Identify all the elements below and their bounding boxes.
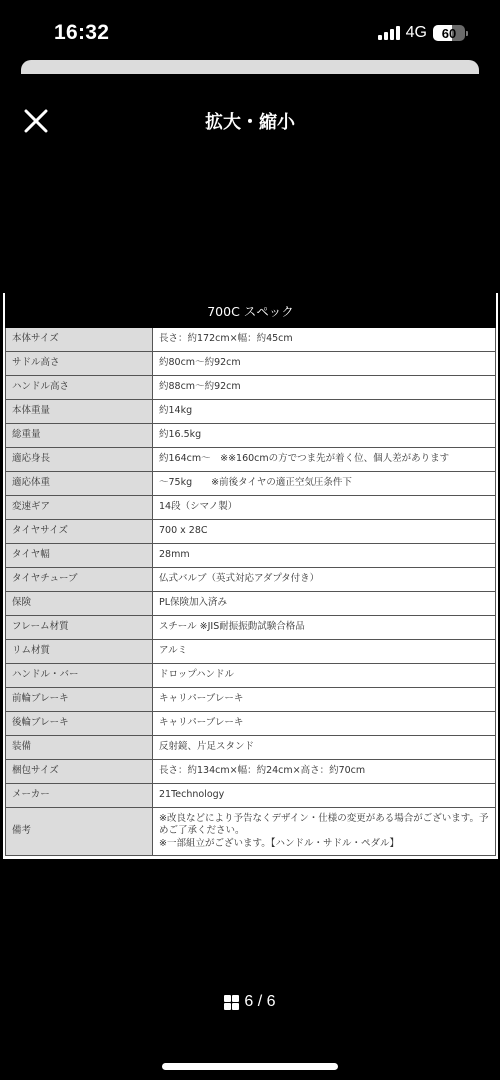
table-row: 前輪ブレーキキャリパーブレーキ <box>6 688 496 712</box>
table-row-remarks: 備考 ※改良などにより予告なくデザイン・仕様の変更がある場合がございます。予めご… <box>6 808 496 856</box>
row-value: 〜75kg ※前後タイヤの適正空気圧条件下 <box>153 472 496 496</box>
row-value: 反射鏡、片足スタンド <box>153 736 496 760</box>
row-label: リム材質 <box>6 640 153 664</box>
row-value: 21Technology <box>153 784 496 808</box>
row-label: タイヤチューブ <box>6 568 153 592</box>
table-row: メーカー21Technology <box>6 784 496 808</box>
row-value: 仏式バルブ（英式対応アダプタ付き） <box>153 568 496 592</box>
page-indicator[interactable]: 6 / 6 <box>0 993 500 1011</box>
row-value: ドロップハンドル <box>153 664 496 688</box>
network-type: 4G <box>406 24 427 42</box>
page-title: 拡大・縮小 <box>0 108 500 134</box>
battery-level: 60 <box>442 26 456 41</box>
table-row: 保険PL保険加入済み <box>6 592 496 616</box>
table-row: 適応体重〜75kg ※前後タイヤの適正空気圧条件下 <box>6 472 496 496</box>
row-label: 適応身長 <box>6 448 153 472</box>
table-row: 総重量約16.5kg <box>6 424 496 448</box>
nav-bar: 拡大・縮小 <box>0 95 500 145</box>
row-label: 保険 <box>6 592 153 616</box>
page-counter: 6 / 6 <box>244 993 275 1011</box>
row-value: アルミ <box>153 640 496 664</box>
row-value: 700 x 28C <box>153 520 496 544</box>
row-label: サドル高さ <box>6 352 153 376</box>
row-label: 後輪ブレーキ <box>6 712 153 736</box>
table-row: 装備反射鏡、片足スタンド <box>6 736 496 760</box>
table-row: ハンドル・バードロップハンドル <box>6 664 496 688</box>
row-value: スチール ※JIS耐振振動試験合格品 <box>153 616 496 640</box>
row-value: 約80cm〜約92cm <box>153 352 496 376</box>
row-label: 総重量 <box>6 424 153 448</box>
row-label: 前輪ブレーキ <box>6 688 153 712</box>
table-row: 梱包サイズ長さ：約134cm×幅：約24cm×高さ：約70cm <box>6 760 496 784</box>
row-value: キャリパーブレーキ <box>153 712 496 736</box>
row-value: ※改良などにより予告なくデザイン・仕様の変更がある場合がございます。予めご了承く… <box>153 808 496 856</box>
spec-table-title: 700C スペック <box>6 294 496 328</box>
row-value: 約16.5kg <box>153 424 496 448</box>
row-label: 装備 <box>6 736 153 760</box>
row-value: 約164cm〜 ※※160cmの方でつま先が着く位、個人差があります <box>153 448 496 472</box>
table-row: リム材質アルミ <box>6 640 496 664</box>
table-row: ハンドル高さ約88cm〜約92cm <box>6 376 496 400</box>
row-label: 本体重量 <box>6 400 153 424</box>
signal-bars-icon <box>378 26 400 40</box>
table-row: タイヤチューブ仏式バルブ（英式対応アダプタ付き） <box>6 568 496 592</box>
row-label: タイヤ幅 <box>6 544 153 568</box>
row-label: 備考 <box>6 808 153 856</box>
row-value: 長さ：約172cm×幅：約45cm <box>153 328 496 352</box>
table-row: フレーム材質スチール ※JIS耐振振動試験合格品 <box>6 616 496 640</box>
table-row: 本体重量約14kg <box>6 400 496 424</box>
row-label: 適応体重 <box>6 472 153 496</box>
row-label: 本体サイズ <box>6 328 153 352</box>
status-indicators: 4G 60 <box>378 24 468 42</box>
table-row: 変速ギア14段（シマノ製） <box>6 496 496 520</box>
row-value: 約88cm〜約92cm <box>153 376 496 400</box>
row-value: 約14kg <box>153 400 496 424</box>
home-indicator[interactable] <box>162 1063 338 1070</box>
sheet-background-card <box>21 60 479 74</box>
table-row: サドル高さ約80cm〜約92cm <box>6 352 496 376</box>
row-label: フレーム材質 <box>6 616 153 640</box>
row-value: 28mm <box>153 544 496 568</box>
row-value: PL保険加入済み <box>153 592 496 616</box>
table-row: タイヤ幅28mm <box>6 544 496 568</box>
table-row: 本体サイズ長さ：約172cm×幅：約45cm <box>6 328 496 352</box>
table-row: タイヤサイズ700 x 28C <box>6 520 496 544</box>
spec-table: 700C スペック 本体サイズ長さ：約172cm×幅：約45cm サドル高さ約8… <box>5 293 496 856</box>
row-value: 長さ：約134cm×幅：約24cm×高さ：約70cm <box>153 760 496 784</box>
row-value: キャリパーブレーキ <box>153 688 496 712</box>
row-label: メーカー <box>6 784 153 808</box>
row-label: タイヤサイズ <box>6 520 153 544</box>
status-bar: 16:32 4G 60 <box>0 0 500 60</box>
remarks-line-1: ※改良などにより予告なくデザイン・仕様の変更がある場合がございます。予めご了承く… <box>159 813 489 838</box>
row-value: 14段（シマノ製） <box>153 496 496 520</box>
row-label: 変速ギア <box>6 496 153 520</box>
table-row: 後輪ブレーキキャリパーブレーキ <box>6 712 496 736</box>
row-label: ハンドル高さ <box>6 376 153 400</box>
remarks-line-2: ※一部組立がございます。【ハンドル・サドル・ペダル】 <box>159 838 489 850</box>
spec-image[interactable]: 700C スペック 本体サイズ長さ：約172cm×幅：約45cm サドル高さ約8… <box>3 293 498 859</box>
status-time: 16:32 <box>54 21 109 45</box>
row-label: ハンドル・バー <box>6 664 153 688</box>
battery-icon: 60 <box>433 25 468 41</box>
table-row: 適応身長約164cm〜 ※※160cmの方でつま先が着く位、個人差があります <box>6 448 496 472</box>
row-label: 梱包サイズ <box>6 760 153 784</box>
grid-icon <box>224 995 239 1010</box>
